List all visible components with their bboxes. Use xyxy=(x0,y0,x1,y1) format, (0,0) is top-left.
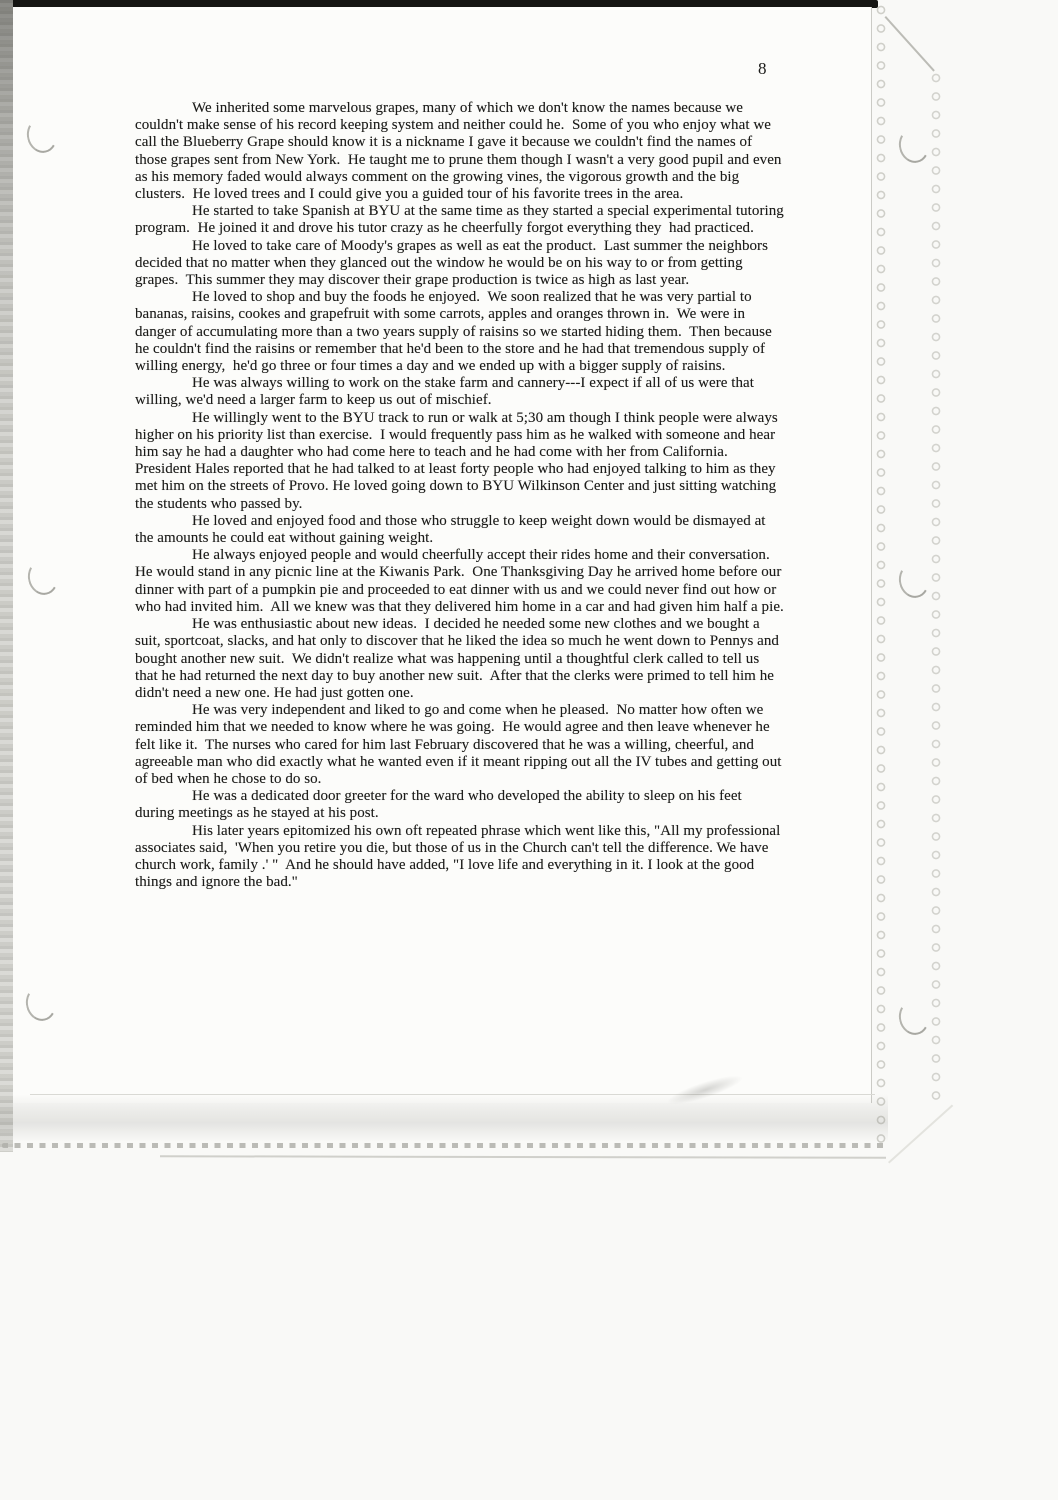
protector-corner-line xyxy=(888,1104,953,1163)
paragraph: He started to take Spanish at BYU at the… xyxy=(135,203,785,237)
paper-bottom-shadow xyxy=(0,1094,888,1142)
paragraph: He loved and enjoyed food and those who … xyxy=(135,513,785,547)
binder-ring-mark xyxy=(896,125,933,165)
paragraph: He always enjoyed people and would cheer… xyxy=(135,547,785,616)
sheet-protector-perforations-outer xyxy=(874,2,889,1152)
folded-corner-line xyxy=(885,16,935,72)
paragraph: His later years epitomized his own oft r… xyxy=(135,823,785,892)
binder-ring-mark xyxy=(896,997,933,1037)
document-text: We inherited some marvelous grapes, many… xyxy=(135,100,785,891)
paragraph: He loved to take care of Moody's grapes … xyxy=(135,238,785,290)
paragraph: He was a dedicated door greeter for the … xyxy=(135,788,785,822)
binder-ring-mark xyxy=(896,560,933,600)
page-number: 8 xyxy=(758,59,767,79)
paragraph: We inherited some marvelous grapes, many… xyxy=(135,100,785,203)
paragraph: He loved to shop and buy the foods he en… xyxy=(135,289,785,375)
scanned-page: 8 We inherited some marvelous grapes, ma… xyxy=(0,0,1058,1500)
paragraph: He was enthusiastic about new ideas. I d… xyxy=(135,616,785,702)
sheet-protector-perforations-inner xyxy=(929,70,944,1108)
paragraph: He was always willing to work on the sta… xyxy=(135,375,785,409)
scanner-edge-left xyxy=(0,0,13,1152)
protector-seam-underline xyxy=(160,1155,886,1159)
protector-stitched-seam xyxy=(2,1143,886,1148)
document-paper: 8 We inherited some marvelous grapes, ma… xyxy=(13,7,872,1103)
paragraph: He was very independent and liked to go … xyxy=(135,702,785,788)
paragraph: He willingly went to the BYU track to ru… xyxy=(135,410,785,513)
